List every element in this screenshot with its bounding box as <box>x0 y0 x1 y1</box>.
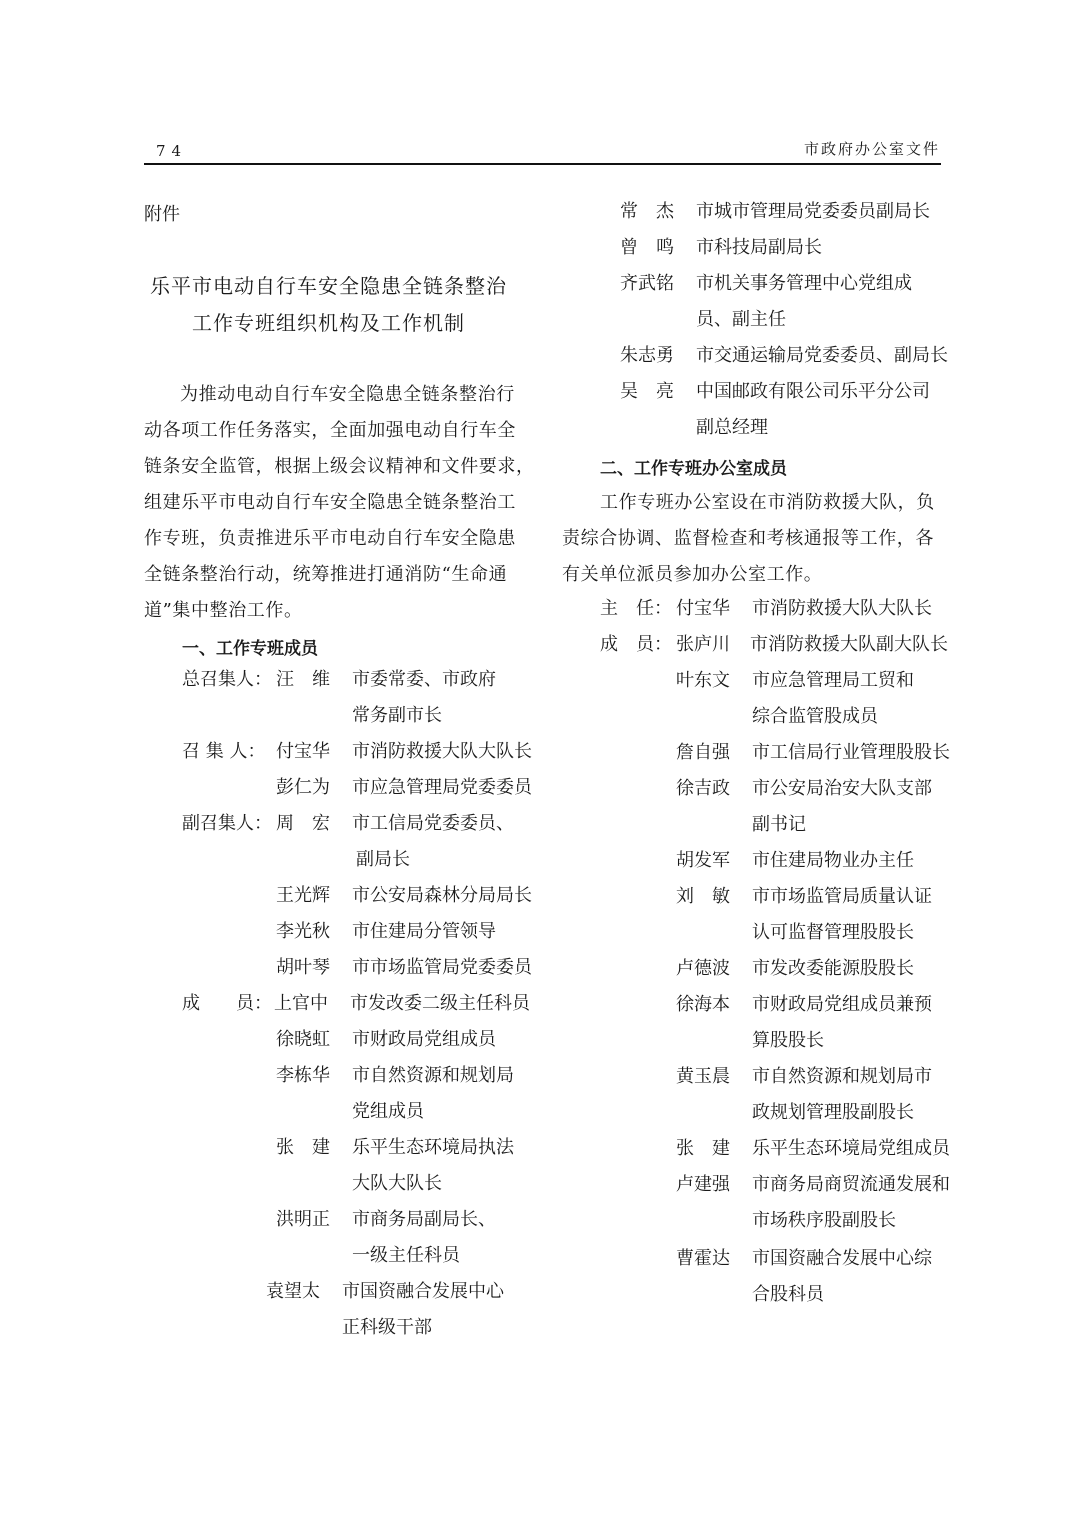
member-name: 叶东文 <box>676 663 730 699</box>
member-title: 认可监督管理股股长 <box>752 915 914 951</box>
member-name: 付宝华 <box>676 591 730 627</box>
member-name: 刘 敏 <box>676 879 730 915</box>
paragraph-line: 有关单位派员参加办公室工作。 <box>562 560 822 586</box>
member-title: 市商务局商贸流通发展和 <box>752 1167 950 1203</box>
member-name: 袁望太 <box>266 1274 320 1310</box>
member-name: 黄玉晨 <box>676 1059 730 1095</box>
member-name: 王光辉 <box>276 878 330 914</box>
member-name: 徐晓虹 <box>276 1022 330 1058</box>
member-title: 市住建局物业办主任 <box>752 843 914 879</box>
member-name: 周 宏 <box>276 806 330 842</box>
member-title: 市委常委、市政府 <box>352 662 496 698</box>
member-name: 吴 亮 <box>620 374 674 410</box>
paragraph-line: 作专班，负责推进乐平市电动自行车安全隐患 <box>144 524 516 550</box>
member-title: 副总经理 <box>696 410 768 446</box>
member-name: 徐海本 <box>676 987 730 1023</box>
member-title: 副书记 <box>752 807 806 843</box>
paragraph-line: 链条安全监管，根据上级会议精神和文件要求， <box>144 452 535 478</box>
member-title: 市发改委能源股股长 <box>752 951 914 987</box>
member-title: 市交通运输局党委委员、副局长 <box>696 338 948 374</box>
member-name: 李光秋 <box>276 914 330 950</box>
member-name: 卢建强 <box>676 1167 730 1203</box>
member-name: 张庐川 <box>676 627 730 663</box>
member-title: 市公安局治安大队支部 <box>752 771 932 807</box>
member-title: 综合监管股成员 <box>752 699 878 735</box>
member-title: 乐平生态环境局执法 <box>352 1130 514 1166</box>
member-name: 曹霍达 <box>676 1241 730 1277</box>
member-role: 成 员： <box>600 627 672 663</box>
document-title-line-1: 乐平市电动自行车安全隐患全链条整治 <box>150 270 507 299</box>
member-name: 齐武铭 <box>620 266 674 302</box>
member-title: 市场秩序股副股长 <box>752 1203 896 1239</box>
member-title: 市工信局党委委员、 <box>352 806 514 842</box>
member-title: 一级主任科员 <box>352 1238 460 1274</box>
member-title: 市市场监管局党委委员 <box>352 950 532 986</box>
member-title: 党组成员 <box>352 1094 424 1130</box>
member-title: 市公安局森林分局局长 <box>352 878 532 914</box>
member-title: 市消防救援大队大队长 <box>352 734 532 770</box>
member-name: 卢德波 <box>676 951 730 987</box>
member-title: 常务副市长 <box>352 698 442 734</box>
paragraph-line: 组建乐平市电动自行车安全隐患全链条整治工 <box>144 488 516 514</box>
member-name: 上官中 <box>274 986 328 1022</box>
member-title: 算股股长 <box>752 1023 824 1059</box>
paragraph-line: 动各项工作任务落实，全面加强电动自行车全 <box>144 416 516 442</box>
member-title: 市商务局副局长、 <box>352 1202 496 1238</box>
running-header-title: 市政府办公室文件 <box>804 138 940 159</box>
section-heading-members: 一、工作专班成员 <box>182 634 318 659</box>
member-name: 胡发军 <box>676 843 730 879</box>
member-title: 员、副主任 <box>696 302 786 338</box>
member-title: 中国邮政有限公司乐平分公司 <box>696 374 930 410</box>
member-name: 张 建 <box>676 1131 730 1167</box>
member-title: 政规划管理股副股长 <box>752 1095 914 1131</box>
member-title: 市消防救援大队大队长 <box>752 591 932 627</box>
paragraph-line: 道”集中整治工作。 <box>144 596 303 622</box>
member-role: 总召集人： <box>182 662 272 698</box>
member-title: 市城市管理局党委委员副局长 <box>696 194 930 230</box>
member-title: 市财政局党组成员兼预 <box>752 987 932 1023</box>
header-rule <box>144 163 941 165</box>
paragraph-line: 全链条整治行动，统筹推进打通消防“生命通 <box>144 560 507 586</box>
member-title: 市科技局副局长 <box>696 230 822 266</box>
paragraph-line: 工作专班办公室设在市消防救援大队，负 <box>600 488 935 514</box>
member-title: 市机关事务管理中心党组成 <box>696 266 912 302</box>
member-role: 副召集人： <box>182 806 272 842</box>
member-title: 市住建局分管领导 <box>352 914 496 950</box>
member-name: 李栋华 <box>276 1058 330 1094</box>
member-name: 曾 鸣 <box>620 230 674 266</box>
member-title: 市应急管理局工贸和 <box>752 663 914 699</box>
member-title: 市国资融合发展中心 <box>342 1274 504 1310</box>
member-title: 大队大队长 <box>352 1166 442 1202</box>
member-name: 詹自强 <box>676 735 730 771</box>
member-title: 市财政局党组成员 <box>352 1022 496 1058</box>
member-name: 朱志勇 <box>620 338 674 374</box>
member-role: 召 集 人： <box>182 734 265 770</box>
paragraph-line: 为推动电动自行车安全隐患全链条整治行 <box>180 380 515 406</box>
member-role: 主 任： <box>600 591 672 627</box>
attachment-label: 附件 <box>144 200 180 226</box>
member-title: 市消防救援大队副大队长 <box>750 627 948 663</box>
member-name: 彭仁为 <box>276 770 330 806</box>
member-title: 正科级干部 <box>342 1310 432 1346</box>
page-number: 74 <box>156 142 187 160</box>
member-title: 市自然资源和规划局市 <box>752 1059 932 1095</box>
member-name: 胡叶琴 <box>276 950 330 986</box>
section-heading-office: 二、工作专班办公室成员 <box>600 454 787 479</box>
member-title: 市自然资源和规划局 <box>352 1058 514 1094</box>
document-title-line-2: 工作专班组织机构及工作机制 <box>192 307 465 336</box>
member-title: 乐平生态环境局党组成员 <box>752 1131 950 1167</box>
member-title: 市应急管理局党委委员 <box>352 770 532 806</box>
member-name: 付宝华 <box>276 734 330 770</box>
member-name: 张 建 <box>276 1130 330 1166</box>
member-title: 市工信局行业管理股股长 <box>752 735 950 771</box>
member-role: 成 员： <box>182 986 272 1022</box>
member-title: 合股科员 <box>752 1277 824 1313</box>
member-name: 洪明正 <box>276 1202 330 1238</box>
member-name: 徐吉政 <box>676 771 730 807</box>
member-name: 汪 维 <box>276 662 330 698</box>
member-title: 市市场监管局质量认证 <box>752 879 932 915</box>
member-title: 市国资融合发展中心综 <box>752 1241 932 1277</box>
member-title: 副局长 <box>356 842 410 878</box>
member-title: 市发改委二级主任科员 <box>350 986 530 1022</box>
paragraph-line: 责综合协调、监督检查和考核通报等工作，各 <box>562 524 934 550</box>
member-name: 常 杰 <box>620 194 674 230</box>
